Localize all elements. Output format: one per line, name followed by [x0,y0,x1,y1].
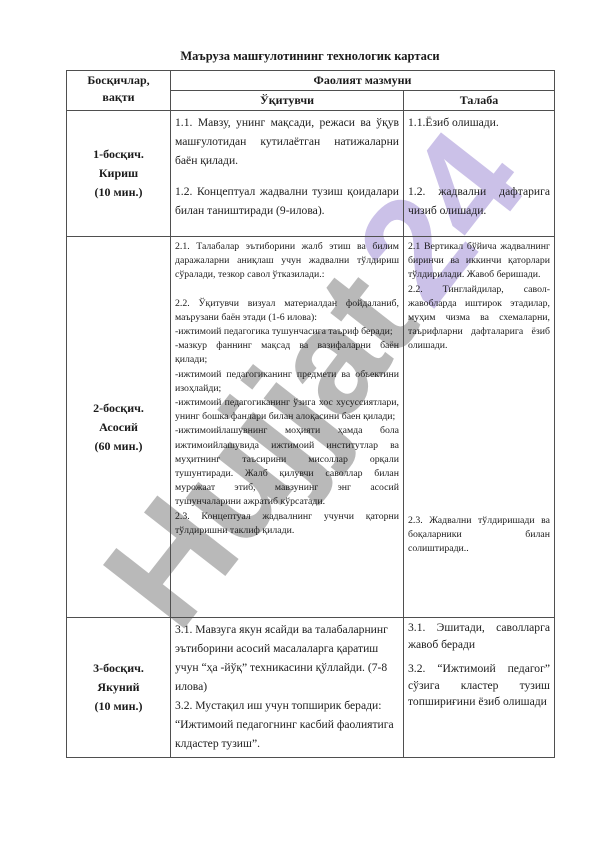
paragraph: 1.1. Мавзу, унинг мақсади, режаси ва ўқу… [175,113,399,170]
table-row-stage-3: 3-босқич. Якуний (10 мин.) 3.1. Мавзуга … [67,618,555,758]
stage-3-label: 3-босқич. Якуний (10 мин.) [67,618,171,758]
stage-2-label: 2-босқич. Асосий (60 мин.) [67,237,171,618]
header-teacher: Ўқитувчи [171,91,404,111]
paragraph: 3.1. Мавзуга якун ясайди ва талабаларнин… [175,620,399,696]
document-page: Hujjat24 Маъруза машғулотининг технологи… [0,0,596,842]
paragraph: 2.1 Вертикал бўйича жадвалнинг биринчи в… [408,240,550,283]
document-title: Маъруза машғулотининг технологик картаси [66,49,554,64]
paragraph: 3.2. “Ижтимоий педагог” сўзига кластер т… [408,661,550,711]
paragraph: 1.2. Концептуал жадвални тузиш қоидалари… [175,182,399,220]
paragraph: -мазкур фаннинг мақсад ва вазифаларни ба… [175,339,399,367]
paragraph: 2.3. Жадвални тўлдиришади ва боқаларники… [408,514,550,557]
paragraph: 1.2. жадвални дафтарига чизиб олишади. [408,182,550,220]
paragraph: -ижтимоий педагогика тушунчасига таъриф … [175,325,399,339]
header-activity: Фаолият мазмуни [171,71,555,91]
table-row-stage-2: 2-босқич. Асосий (60 мин.) 2.1. Талабала… [67,237,555,618]
stage-2-student-cell: 2.1 Вертикал бўйича жадвалнинг биринчи в… [404,237,555,618]
stage-1-label: 1-босқич. Кириш (10 мин.) [67,111,171,237]
stage-3-teacher-cell: 3.1. Мавзуга якун ясайди ва талабаларнин… [171,618,404,758]
technological-map-table: Босқичлар, вақти Фаолият мазмуни Ўқитувч… [66,70,555,758]
stage-1-teacher-cell: 1.1. Мавзу, унинг мақсади, режаси ва ўқу… [171,111,404,237]
stage-2-teacher-cell: 2.1. Талабалар эътиборини жалб этиш ва б… [171,237,404,618]
paragraph: 2.2. Тинглайдилар, савол-жавобларда ишти… [408,283,550,354]
paragraph: 2.3. Концептуал жадвалнинг учунчи қаторн… [175,510,399,538]
paragraph: 1.1.Ёзиб олишади. [408,113,550,132]
header-student: Талаба [404,91,555,111]
paragraph: 2.1. Талабалар эътиборини жалб этиш ва б… [175,240,399,283]
table-row-stage-1: 1-босқич. Кириш (10 мин.) 1.1. Мавзу, ун… [67,111,555,237]
paragraph: 2.2. Ўқитувчи визуал материалдан фойдала… [175,297,399,325]
paragraph: -ижтимоий педагогиканинг ўзига хос хусус… [175,396,399,424]
header-stage-column: Босқичлар, вақти [67,71,171,111]
stage-1-student-cell: 1.1.Ёзиб олишади. 1.2. жадвални дафтариг… [404,111,555,237]
paragraph: 3.1. Эшитади, саволларга жавоб беради [408,620,550,653]
paragraph: -ижтимоий педагогиканинг предмети ва объ… [175,368,399,396]
header-row-1: Босқичлар, вақти Фаолият мазмуни [67,71,555,91]
paragraph: 3.2. Мустақил иш учун топширик беради: “… [175,696,399,753]
stage-3-student-cell: 3.1. Эшитади, саволларга жавоб беради 3.… [404,618,555,758]
paragraph: -ижтимоийлашувнинг моҳияти ҳамда бола иж… [175,424,399,509]
